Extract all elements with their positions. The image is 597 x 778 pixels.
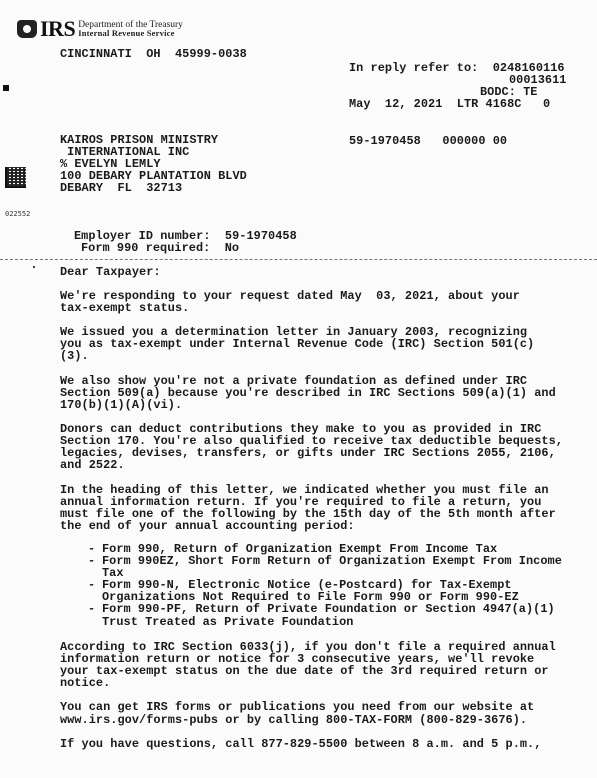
perforation-divider: [0, 259, 597, 260]
form-list: -Form 990, Return of Organization Exempt…: [88, 543, 562, 628]
letter-paragraph: We're responding to your request dated M…: [60, 290, 563, 314]
list-bullet: -: [88, 555, 95, 567]
bodc-value: TE: [523, 85, 537, 99]
letter-paragraph: Donors can deduct contributions they mak…: [60, 423, 563, 471]
letter-paragraph: If you have questions, call 877-829-5500…: [60, 738, 556, 750]
letter-paragraph: We issued you a determination letter in …: [60, 326, 563, 362]
agency-name: Department of the Treasury Internal Reve…: [78, 21, 183, 37]
ein-reference-line: 59-1970458 000000 00: [349, 135, 565, 147]
service-name: Internal Revenue Service: [78, 29, 183, 37]
bodc-line: BODC: TE: [480, 86, 538, 98]
document-number: 022552: [5, 210, 30, 218]
letter-body-paragraphs-after: According to IRC Section 6033(j), if you…: [60, 641, 556, 762]
form990-summary-line: Form 990 required: No: [81, 242, 239, 254]
irs-wordmark: IRS: [40, 19, 75, 39]
list-bullet: -: [88, 579, 95, 591]
letter-paragraph: In the heading of this letter, we indica…: [60, 484, 563, 532]
letter-date: May 12, 2021: [349, 97, 442, 111]
irs-eagle-seal-icon: [17, 20, 37, 38]
form990-label: Form 990 required:: [81, 241, 210, 255]
speck: [33, 266, 35, 268]
letter-paragraph: We also show you're not a private founda…: [60, 375, 563, 411]
salutation: Dear Taxpayer:: [60, 266, 161, 278]
alignment-marker: [3, 85, 9, 91]
datamatrix-barcode-icon: [5, 167, 26, 188]
form-list-item-text: Form 990-PF, Return of Private Foundatio…: [102, 602, 555, 628]
sender-city-line: CINCINNATI OH 45999-0038: [60, 48, 247, 60]
form-list-item: -Form 990-N, Electronic Notice (e-Postca…: [88, 579, 562, 603]
form-list-item: -Form 990EZ, Short Form Return of Organi…: [88, 555, 562, 579]
letter-code-suffix: 0: [543, 97, 550, 111]
bodc-label: BODC:: [480, 85, 516, 99]
reply-reference-label: In reply refer to:: [349, 61, 478, 75]
letter-date-line: May 12, 2021 LTR 4168C 0: [349, 98, 565, 110]
form-list-item-text: Form 990-N, Electronic Notice (e-Postcar…: [102, 578, 519, 604]
recipient-address: KAIROS PRISON MINISTRY INTERNATIONAL INC…: [60, 134, 247, 194]
recipient-address-line: DEBARY FL 32713: [60, 182, 247, 194]
letter-body-paragraphs: We're responding to your request dated M…: [60, 290, 563, 544]
ein-reference-suffix: 000000 00: [442, 134, 507, 148]
ein-reference: 59-1970458: [349, 134, 421, 148]
letter-code: LTR 4168C: [457, 97, 522, 111]
list-bullet: -: [88, 603, 95, 615]
form-list-item-text: Form 990EZ, Short Form Return of Organiz…: [102, 554, 562, 580]
form-list-item: -Form 990-PF, Return of Private Foundati…: [88, 603, 562, 627]
form990-value: No: [225, 241, 239, 255]
irs-logo: IRS Department of the Treasury Internal …: [17, 19, 183, 39]
letter-paragraph: According to IRC Section 6033(j), if you…: [60, 641, 556, 689]
letter-paragraph: You can get IRS forms or publications yo…: [60, 701, 556, 725]
